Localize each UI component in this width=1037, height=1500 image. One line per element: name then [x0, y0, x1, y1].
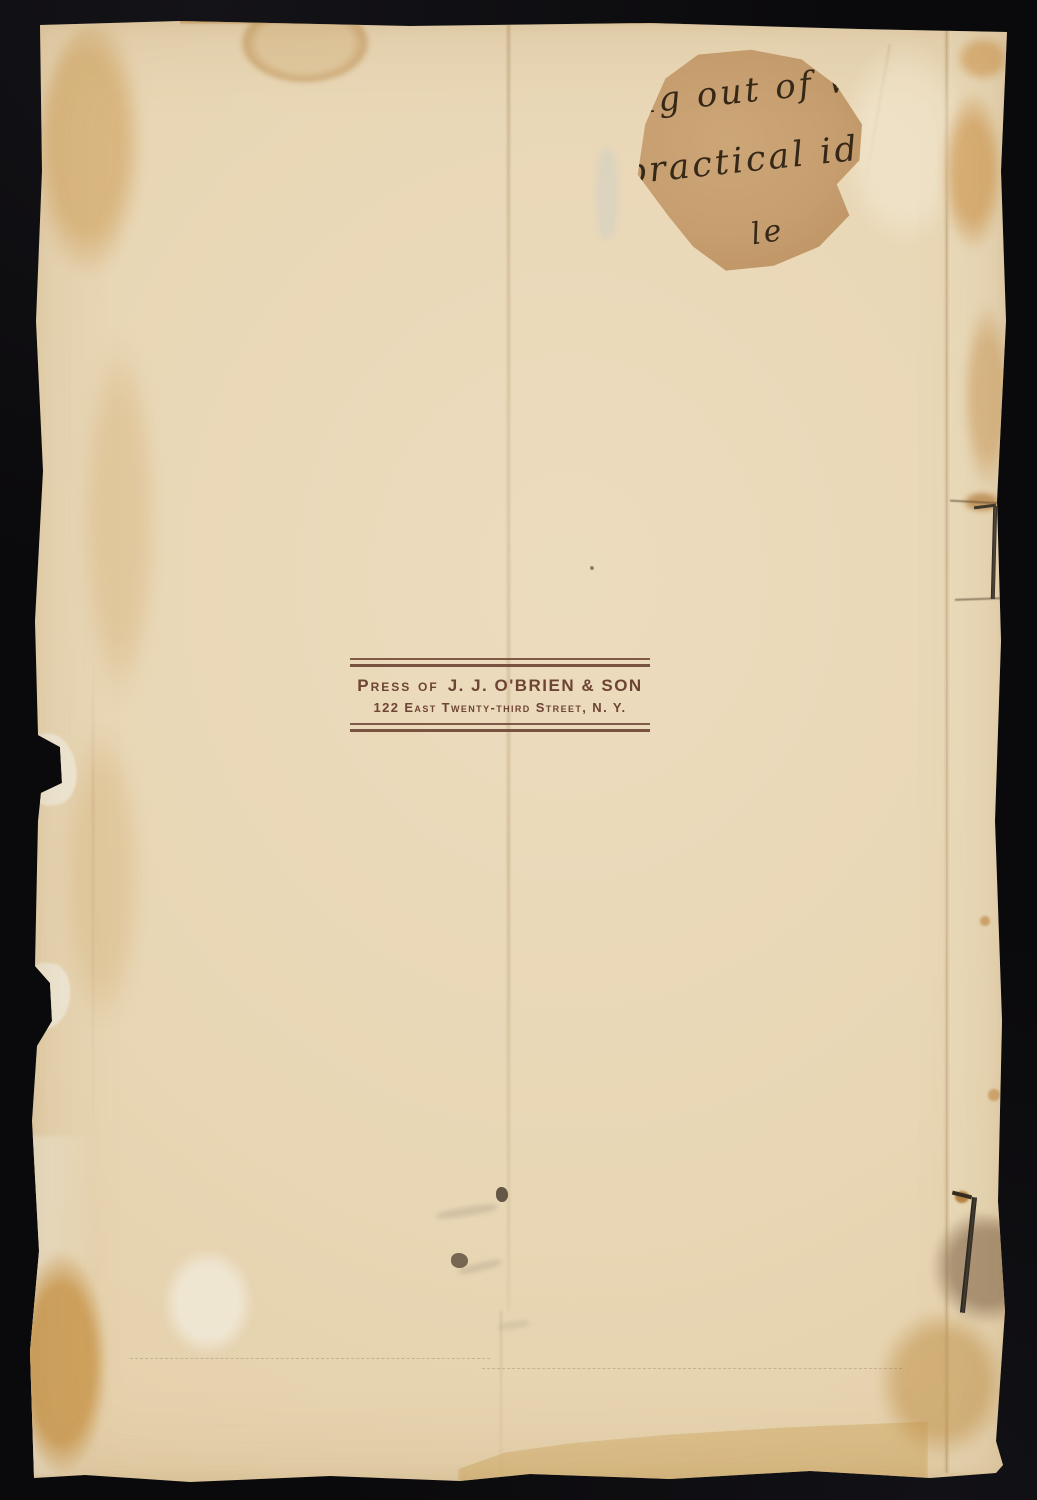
paper-sheet: ng out of w practical id le Press of J. … — [30, 21, 1008, 1483]
torn-edge-piece-2 — [23, 961, 74, 1031]
ghost-writing-mark-3 — [498, 1319, 531, 1332]
rust-stain-right-3 — [950, 31, 1016, 86]
center-fold-crease-lower — [500, 1311, 502, 1476]
paper-chip-bottom-left — [158, 1249, 258, 1367]
imprint-line-1: Press of J. J. O'Brien & Son — [350, 676, 650, 696]
round-stain-top — [225, 0, 385, 93]
imprint-address: 122 East Twenty-third Street, N. Y. — [350, 700, 650, 715]
handwriting-line: le — [748, 213, 786, 253]
photo-mat-background: ng out of w practical id le Press of J. … — [0, 0, 1037, 1500]
dark-spot-1 — [496, 1187, 508, 1202]
rust-speck-2 — [988, 1089, 1000, 1101]
handwriting-line: ng out of w — [632, 59, 862, 123]
rust-speck-1 — [980, 916, 990, 926]
imprint-printer-name: J. J. O'Brien & Son — [448, 676, 643, 696]
printer-imprint: Press of J. J. O'Brien & Son 122 East Tw… — [350, 658, 650, 732]
stain-left-top — [38, 27, 148, 317]
imprint-rule-bottom — [350, 723, 650, 732]
handwriting-fragment: ng out of w practical id le — [615, 33, 867, 273]
faint-impression-line-2 — [482, 1368, 902, 1369]
stain-bottom-left — [22, 1246, 110, 1481]
stain-left-mid — [80, 321, 160, 721]
dark-spot-3 — [590, 566, 594, 570]
imprint-rule-top — [350, 658, 650, 667]
ghost-writing-mark-1 — [436, 1202, 499, 1221]
stain-bottom-band — [458, 1413, 928, 1485]
rust-stain-right-1 — [935, 76, 1010, 266]
stain-around-bottom-staple — [923, 1213, 1037, 1333]
fragment-torn-edge-sliver — [596, 149, 618, 239]
imprint-prefix: Press of — [357, 676, 438, 696]
faint-impression-line-1 — [130, 1358, 490, 1359]
handwriting-line: practical id — [622, 129, 862, 194]
rust-stain-right-2 — [958, 286, 1016, 506]
